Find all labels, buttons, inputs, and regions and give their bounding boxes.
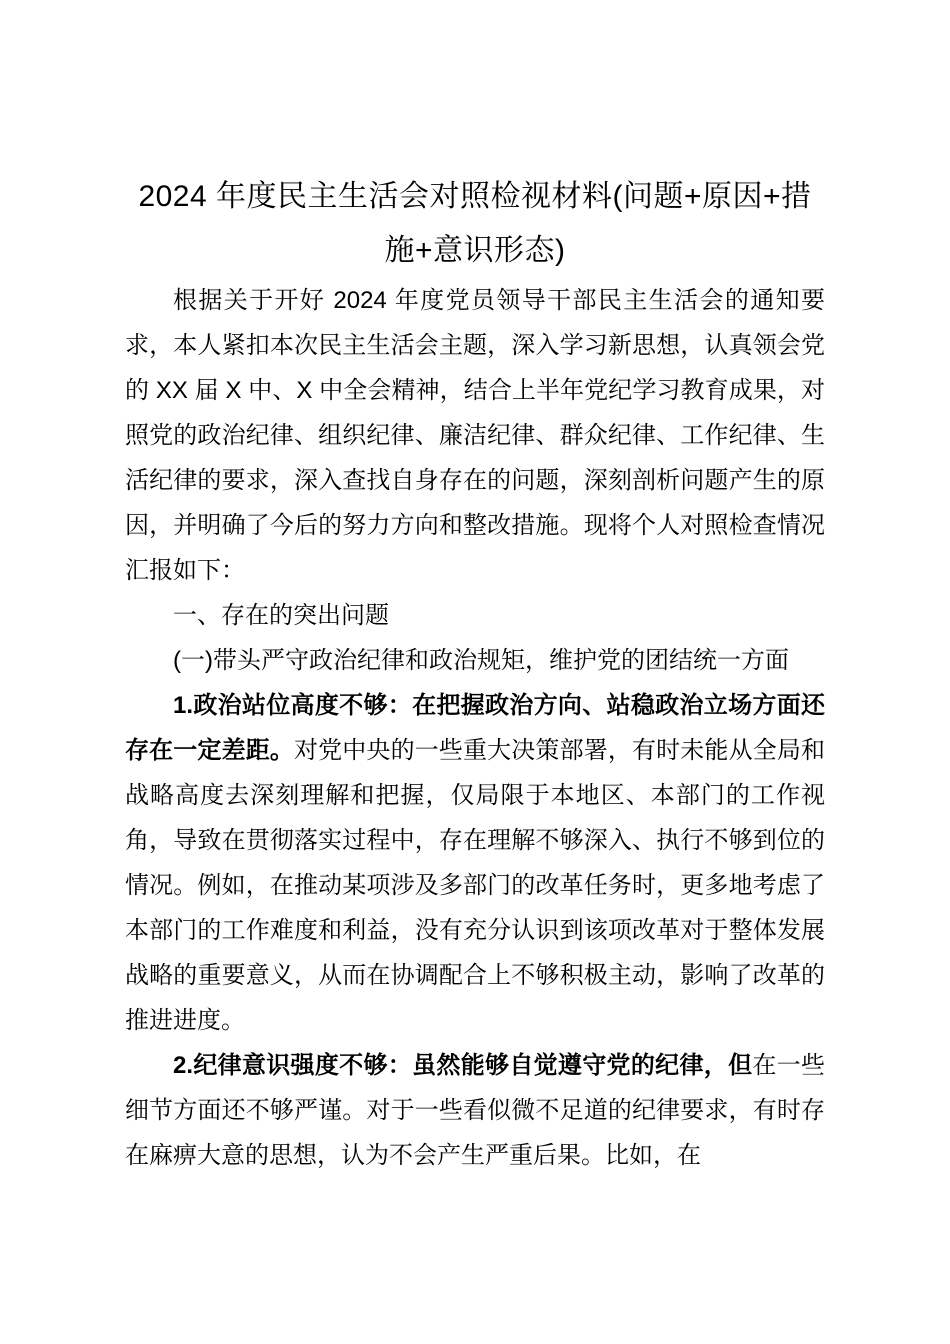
issue-1-paragraph: 1.政治站位高度不够：在把握政治方向、站稳政治立场方面还存在一定差距。对党中央的… [125,683,825,1043]
issue-2-paragraph: 2.纪律意识强度不够：虽然能够自觉遵守党的纪律，但在一些细节方面还不够严谨。对于… [125,1043,825,1178]
document-page: 2024 年度民主生活会对照检视材料(问题+原因+措施+意识形态) 根据关于开好… [0,0,950,1344]
document-title: 2024 年度民主生活会对照检视材料(问题+原因+措施+意识形态) [125,170,825,278]
subsection-1-heading: (一)带头严守政治纪律和政治规矩，维护党的团结统一方面 [125,638,825,683]
section-1-heading: 一、存在的突出问题 [125,593,825,638]
issue-1-body-text: 对党中央的一些重大决策部署，有时未能从全局和战略高度去深刻理解和把握，仅局限于本… [125,737,825,1034]
intro-paragraph: 根据关于开好 2024 年度党员领导干部民主生活会的通知要求，本人紧扣本次民主生… [125,278,825,593]
issue-2-bold-lead: 2.纪律意识强度不够：虽然能够自觉遵守党的纪律，但 [173,1052,752,1079]
